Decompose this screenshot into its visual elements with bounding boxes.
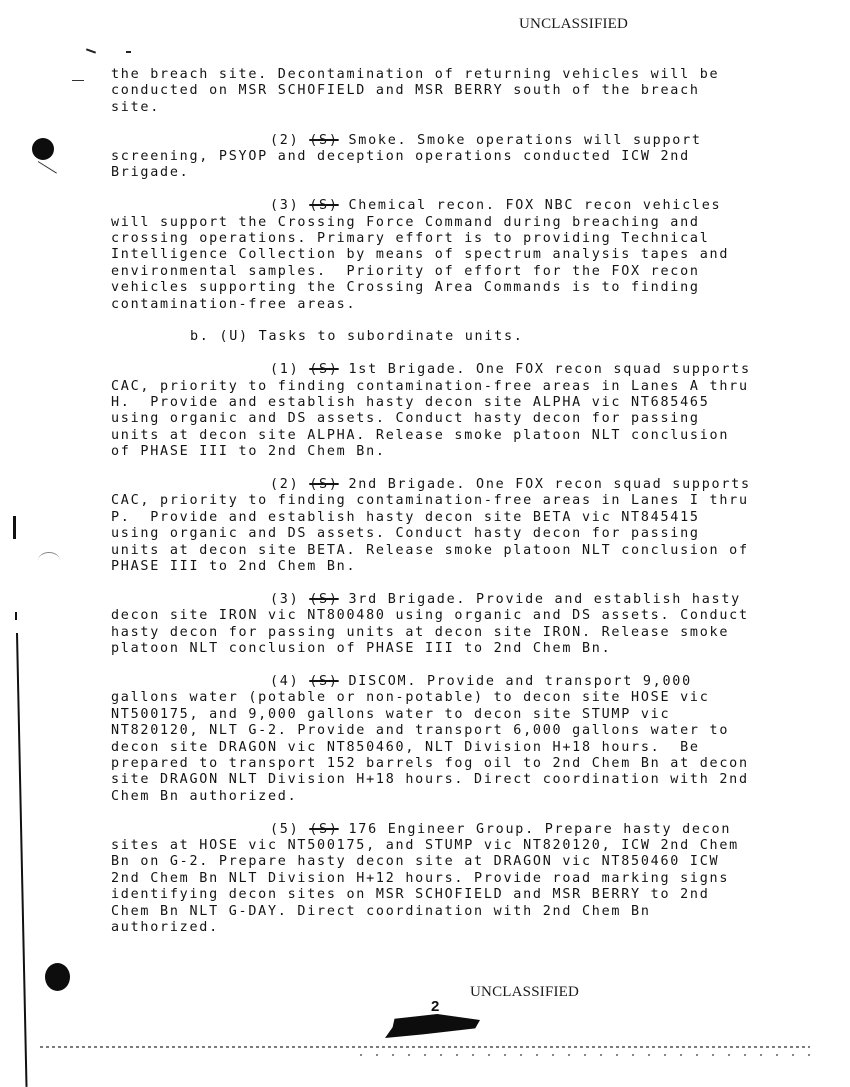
paragraph-p-b5: (5) (S) 176 Engineer Group. Prepare hast… <box>111 822 771 937</box>
text-line: sites at HOSE vic NT500175, and STUMP vi… <box>111 838 771 854</box>
page-number: 2 <box>431 998 439 1015</box>
paragraph-p-b1: (1) (S) 1st Brigade. One FOX recon squad… <box>111 362 771 460</box>
paragraph-p-a2: (2) (S) Smoke. Smoke operations will sup… <box>111 133 771 182</box>
paragraph-gap <box>111 461 771 477</box>
text-line: authorized. <box>111 920 771 936</box>
text-line: using organic and DS assets. Conduct has… <box>111 526 771 542</box>
paragraph-first-line: (1) (S) 1st Brigade. One FOX recon squad… <box>111 362 771 378</box>
text-line: conducted on MSR SCHOFIELD and MSR BERRY… <box>111 83 771 99</box>
left-edge-line <box>16 633 28 1087</box>
text-line: CAC, priority to finding contamination-f… <box>111 493 771 509</box>
text-line: prepared to transport 152 barrels fog oi… <box>111 756 771 772</box>
paragraph-lead-text: 2nd Brigade. One FOX recon squad support… <box>339 477 751 492</box>
bottom-classification-marking: UNCLASSIFIED <box>470 984 579 1001</box>
document-body: the breach site. Decontamination of retu… <box>111 67 771 936</box>
paragraph-number: (3) <box>270 198 309 213</box>
paragraph-number: (2) <box>270 477 309 492</box>
text-line: using organic and DS assets. Conduct has… <box>111 411 771 427</box>
top-classification-marking: UNCLASSIFIED <box>519 16 628 33</box>
paragraph-first-line: (4) (S) DISCOM. Provide and transport 9,… <box>111 674 771 690</box>
paragraph-lead-text: 1st Brigade. One FOX recon squad support… <box>339 362 751 377</box>
paragraph-first-line: (5) (S) 176 Engineer Group. Prepare hast… <box>111 822 771 838</box>
text-line: will support the Crossing Force Command … <box>111 215 771 231</box>
struck-classification-marking: (S) <box>309 198 338 213</box>
paragraph-gap <box>111 658 771 674</box>
paragraph-gap <box>111 182 771 198</box>
text-line: 2nd Chem Bn NLT Division H+12 hours. Pro… <box>111 871 771 887</box>
margin-mark <box>13 516 16 539</box>
text-line: units at decon site ALPHA. Release smoke… <box>111 428 771 444</box>
text-line: site DRAGON NLT Division H+18 hours. Dir… <box>111 772 771 788</box>
struck-classification-marking: (S) <box>309 592 338 607</box>
scan-noise-dots <box>360 1054 810 1056</box>
paragraph-first-line: (3) (S) 3rd Brigade. Provide and establi… <box>111 592 771 608</box>
text-line: decon site DRAGON vic NT850460, NLT Divi… <box>111 740 771 756</box>
paragraph-number: (3) <box>270 592 309 607</box>
text-line: NT500175, and 9,000 gallons water to dec… <box>111 707 771 723</box>
struck-classification-marking: (S) <box>309 674 338 689</box>
text-line: environmental samples. Priority of effor… <box>111 264 771 280</box>
text-line: of PHASE III to 2nd Chem Bn. <box>111 444 771 460</box>
paragraph-number: (5) <box>270 822 309 837</box>
redaction-blob <box>385 1014 480 1038</box>
text-line: H. Provide and establish hasty decon sit… <box>111 395 771 411</box>
punch-hole-mark-top <box>32 138 54 160</box>
scan-artifact-dash <box>72 80 84 81</box>
paragraph-gap <box>111 116 771 132</box>
paragraph-gap <box>111 346 771 362</box>
paragraph-gap <box>111 313 771 329</box>
paragraph-p-cont: the breach site. Decontamination of retu… <box>111 67 771 116</box>
scan-artifact-tick <box>86 48 96 53</box>
paragraph-lead-text: Chemical recon. FOX NBC recon vehicles <box>339 198 722 213</box>
paragraph-lead-text: DISCOM. Provide and transport 9,000 <box>339 674 692 689</box>
text-line: contamination-free areas. <box>111 297 771 313</box>
margin-arc <box>38 552 60 569</box>
paragraph-number: (2) <box>270 133 309 148</box>
text-line: platoon NLT conclusion of PHASE III to 2… <box>111 641 771 657</box>
text-line: crossing operations. Primary effort is t… <box>111 231 771 247</box>
paragraph-first-line: (2) (S) Smoke. Smoke operations will sup… <box>111 133 771 149</box>
text-line: decon site IRON vic NT800480 using organ… <box>111 608 771 624</box>
struck-classification-marking: (S) <box>309 133 338 148</box>
margin-mark <box>15 612 17 620</box>
text-line: PHASE III to 2nd Chem Bn. <box>111 559 771 575</box>
text-line: CAC, priority to finding contamination-f… <box>111 379 771 395</box>
text-line: gallons water (potable or non-potable) t… <box>111 690 771 706</box>
text-line: P. Provide and establish hasty decon sit… <box>111 510 771 526</box>
text-line: Brigade. <box>111 165 771 181</box>
scan-artifact-tick <box>126 51 131 53</box>
text-line: screening, PSYOP and deception operation… <box>111 149 771 165</box>
text-line: site. <box>111 100 771 116</box>
punch-hole-tail <box>38 161 57 174</box>
document-page: UNCLASSIFIED the breach site. Decontamin… <box>0 0 850 1087</box>
text-line: identifying decon sites on MSR SCHOFIELD… <box>111 887 771 903</box>
section-heading: b. (U) Tasks to subordinate units. <box>111 329 771 345</box>
paragraph-p-a3: (3) (S) Chemical recon. FOX NBC recon ve… <box>111 198 771 313</box>
paragraph-number: (4) <box>270 674 309 689</box>
paragraph-p-b2: (2) (S) 2nd Brigade. One FOX recon squad… <box>111 477 771 575</box>
text-line: vehicles supporting the Crossing Area Co… <box>111 280 771 296</box>
struck-classification-marking: (S) <box>309 822 338 837</box>
text-line: Chem Bn authorized. <box>111 789 771 805</box>
paragraph-lead-text: Smoke. Smoke operations will support <box>339 133 702 148</box>
paragraph-first-line: (3) (S) Chemical recon. FOX NBC recon ve… <box>111 198 771 214</box>
scan-noise-line <box>40 1046 810 1048</box>
paragraph-p-b3: (3) (S) 3rd Brigade. Provide and establi… <box>111 592 771 658</box>
paragraph-p-b4: (4) (S) DISCOM. Provide and transport 9,… <box>111 674 771 805</box>
text-line: hasty decon for passing units at decon s… <box>111 625 771 641</box>
text-line: Chem Bn NLT G-DAY. Direct coordination w… <box>111 904 771 920</box>
paragraph-p-b: b. (U) Tasks to subordinate units. <box>111 329 771 345</box>
text-line: Bn on G-2. Prepare hasty decon site at D… <box>111 854 771 870</box>
text-line: Intelligence Collection by means of spec… <box>111 247 771 263</box>
paragraph-lead-text: 3rd Brigade. Provide and establish hasty <box>339 592 741 607</box>
text-line: units at decon site BETA. Release smoke … <box>111 543 771 559</box>
paragraph-gap <box>111 805 771 821</box>
struck-classification-marking: (S) <box>309 362 338 377</box>
struck-classification-marking: (S) <box>309 477 338 492</box>
text-line: NT820120, NLT G-2. Provide and transport… <box>111 723 771 739</box>
paragraph-lead-text: 176 Engineer Group. Prepare hasty decon <box>339 822 731 837</box>
paragraph-gap <box>111 576 771 592</box>
paragraph-number: (1) <box>270 362 309 377</box>
text-line: the breach site. Decontamination of retu… <box>111 67 771 83</box>
paragraph-first-line: (2) (S) 2nd Brigade. One FOX recon squad… <box>111 477 771 493</box>
punch-hole-mark-bottom <box>45 963 70 991</box>
